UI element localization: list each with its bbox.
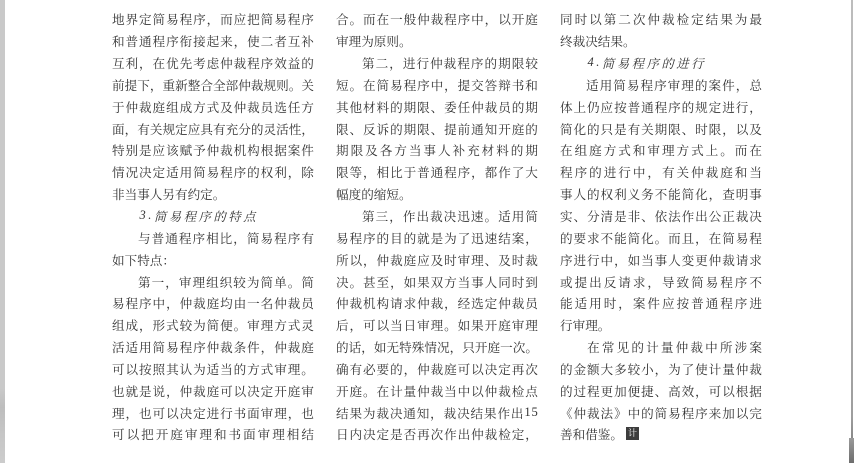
text-column: 同时以第二次仲裁检定结果为最终裁决结果。4.简易程序的进行适用简易程序审理的案件… (560, 8, 762, 445)
text-line: 易程序中，仲裁庭均由一名仲裁员 (112, 292, 314, 314)
text-line: 在常见的计量仲裁中所涉案 (560, 336, 762, 358)
text-line: 短。在简易程序中，提交答辩书和 (336, 74, 538, 96)
text-line: 合。而在一般仲裁程序中，以开庭 (336, 8, 538, 30)
text-line: 可以把开庭审理和书面审理相结 (112, 423, 314, 445)
text-line: 的金额大多较小，为了使计量仲裁 (560, 358, 762, 380)
text-line: 组成，形式较为简便。审理方式灵 (112, 314, 314, 336)
text-line: 行审理。 (560, 314, 762, 336)
text-line: 第三，作出裁决迅速。适用简 (336, 205, 538, 227)
page-right-edge-corner (849, 438, 854, 463)
text-line: 的要求不能简化。而且，在简易程 (560, 226, 762, 248)
text-line: 结果为裁决通知，裁决结果作出15 (336, 401, 538, 423)
text-line: 实、分清是非、依法作出公正裁决 (560, 205, 762, 227)
text-line: 于仲裁庭组成方式及仲裁员选任方 (112, 95, 314, 117)
text-line: 其他材料的期限、委任仲裁员的期 (336, 95, 538, 117)
text-line: 审理为原则。 (336, 30, 538, 52)
text-line: 所以，仲裁庭应及时审理、及时裁 (336, 248, 538, 270)
article-end-mark: 计 (626, 427, 639, 440)
text-line: 的话，如无特殊情况，只开庭一次。 (336, 336, 538, 358)
scanned-document-page: 地界定简易程序，而应把简易程序和普通程序衔接起来，使二者互补互利，在优先考虑仲裁… (0, 0, 857, 463)
text-line: 前提下，重新整合全部仲裁规则。关 (112, 74, 314, 96)
text-line: 的过程更加便捷、高效，可以根据 (560, 379, 762, 401)
text-column: 地界定简易程序，而应把简易程序和普通程序衔接起来，使二者互补互利，在优先考虑仲裁… (112, 8, 314, 445)
text-line: 限等，相比于普通程序，都作了大 (336, 161, 538, 183)
text-line: 《仲裁法》中的简易程序来加以完 (560, 401, 762, 423)
text-line: 第二，进行仲裁程序的期限较 (336, 52, 538, 74)
text-line: 互利，在优先考虑仲裁程序效益的 (112, 52, 314, 74)
text-line: 和普通程序衔接起来，使二者互补 (112, 30, 314, 52)
text-line: 面，有关规定应具有充分的灵活性， (112, 117, 314, 139)
text-line: 体上仍应按普通程序的规定进行， (560, 95, 762, 117)
text-line: 第一，审理组织较为简单。简 (112, 270, 314, 292)
text-line: 易程序的目的就是为了迅速结案， (336, 226, 538, 248)
text-line: 限、反诉的期限、提前通知开庭的 (336, 117, 538, 139)
text-line: 活适用简易程序仲裁条件，仲裁庭 (112, 336, 314, 358)
text-line: 序进行中，如当事人变更仲裁请求 (560, 248, 762, 270)
page-left-edge-strip (0, 0, 5, 463)
text-line: 同时以第二次仲裁检定结果为最 (560, 8, 762, 30)
text-line: 非当事人另有约定。 (112, 183, 314, 205)
text-line: 情况决定适用简易程序的权利，除 (112, 161, 314, 183)
text-line: 幅度的缩短。 (336, 183, 538, 205)
text-line: 终裁决结果。 (560, 30, 762, 52)
text-line: 地界定简易程序，而应把简易程序 (112, 8, 314, 30)
section-heading: 3.简易程序的特点 (112, 205, 314, 227)
text-line: 开庭。在计量仲裁当中以仲裁检点 (336, 379, 538, 401)
text-column: 合。而在一般仲裁程序中，以开庭审理为原则。第二，进行仲裁程序的期限较短。在简易程… (336, 8, 538, 445)
text-line: 程序的进行中，有关仲裁庭和当 (560, 161, 762, 183)
text-line: 理，也可以决定进行书面审理，也 (112, 401, 314, 423)
text-line: 确有必要的，仲裁庭可以决定再次 (336, 358, 538, 380)
text-line: 或提出反请求，导致简易程序不 (560, 270, 762, 292)
text-line: 事人的权利义务不能简化，查明事 (560, 183, 762, 205)
text-line: 适用简易程序审理的案件，总 (560, 74, 762, 96)
text-line: 决。甚至，如果双方当事人同时到 (336, 270, 538, 292)
text-line: 可以按照其认为适当的方式审理。 (112, 358, 314, 380)
section-heading: 4.简易程序的进行 (560, 52, 762, 74)
text-line: 也就是说，仲裁庭可以决定开庭审 (112, 379, 314, 401)
text-line: 在组庭方式和审理方式上。而在 (560, 139, 762, 161)
text-line: 简化的只是有关期限、时限，以及 (560, 117, 762, 139)
text-line: 能适用时，案件应按普通程序进 (560, 292, 762, 314)
text-columns: 地界定简易程序，而应把简易程序和普通程序衔接起来，使二者互补互利，在优先考虑仲裁… (112, 8, 762, 445)
page-right-edge-line (851, 0, 853, 463)
text-line: 与普通程序相比，简易程序有 (112, 226, 314, 248)
text-line: 日内决定是否再次作出仲裁检定， (336, 423, 538, 445)
text-line: 特别是应该赋予仲裁机构根据案件 (112, 139, 314, 161)
text-line: 仲裁机构请求仲裁，经选定仲裁员 (336, 292, 538, 314)
text-line: 期限及各方当事人补充材料的期 (336, 139, 538, 161)
text-line: 如下特点： (112, 248, 314, 270)
text-line: 后，可以当日审理。如果开庭审理 (336, 314, 538, 336)
text-line: 善和借鉴。计 (560, 423, 762, 445)
